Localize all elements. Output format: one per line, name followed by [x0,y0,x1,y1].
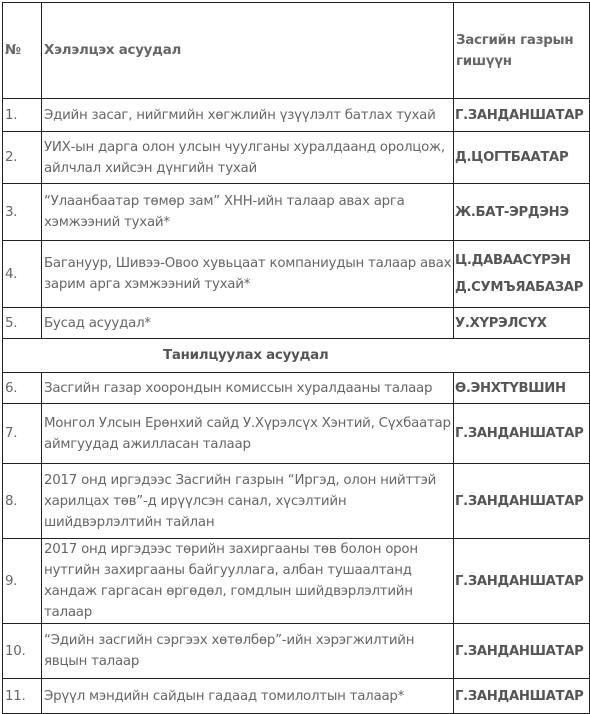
table-row: 10.“Эдийн засгийн сэргээх хөтөлбөр”-ийн … [3,624,590,679]
row-question: 2017 онд иргэдээс Засгийн газрын “Иргэд,… [42,464,454,539]
row-question: “Улаанбаатар төмөр зам” ХНН-ийн талаар а… [42,184,454,241]
member-name: Г.ЗАНДАНШАТАР [455,494,583,509]
table-row: 5.Бусад асуудал*У.ХҮРЭЛСҮХ [3,308,590,339]
member-name: Ө.ЭНХТҮВШИН [455,381,566,396]
row-question: Монгол Улсын Ерөнхий сайд У.Хүрэлсүх Хэн… [42,404,454,464]
row-member: Г.ЗАНДАНШАТАР [454,539,590,624]
row-member: Ц.ДАВААСҮРЭНД.СУМЪЯАБАЗАР [454,241,590,308]
member-name: Г.ЗАНДАНШАТАР [455,108,583,123]
row-number: 9. [3,539,42,624]
member-name: Г.ЗАНДАНШАТАР [455,574,583,589]
table-row: 7.Монгол Улсын Ерөнхий сайд У.Хүрэлсүх Х… [3,404,590,464]
row-question: Бусад асуудал* [42,308,454,339]
table-row: 11.Эрүүл мэндийн сайдын гадаад томилолты… [3,679,590,699]
row-member: Ө.ЭНХТҮВШИН [454,373,590,404]
table-row: 3.“Улаанбаатар төмөр зам” ХНН-ийн талаар… [3,184,590,241]
member-name: Г.ЗАНДАНШАТАР [455,644,583,659]
member-name: Г.ЗАНДАНШАТАР [455,426,583,441]
row-member: Г.ЗАНДАНШАТАР [454,624,590,679]
row-number: 5. [3,308,42,339]
row-number: 8. [3,464,42,539]
member-name: У.ХҮРЭЛСҮХ [455,316,547,331]
member-name: Ж.БАТ-ЭРДЭНЭ [455,205,569,220]
row-member: Ж.БАТ-ЭРДЭНЭ [454,184,590,241]
row-question: Засгийн газар хоорондын комиссын хуралда… [42,373,454,404]
member-name: Д.СУМЪЯАБАЗАР [455,277,589,298]
row-question: Багануур, Шивээ-Овоо хувьцаат компаниуды… [42,241,454,308]
row-question: 2017 онд иргэдээс төрийн захиргааны төв … [42,539,454,624]
table-row: 4.Багануур, Шивээ-Овоо хувьцаат компаниу… [3,241,590,308]
row-member: Г.ЗАНДАНШАТАР [454,404,590,464]
table-row: 1.Эдийн засаг, нийгмийн хөгжлийн үзүүлэл… [3,99,590,132]
section-title: Танилцуулах асуудал [3,339,590,373]
row-question: Эдийн засаг, нийгмийн хөгжлийн үзүүлэлт … [42,99,454,132]
header-question: Хэлэлцэх асуудал [42,3,454,99]
row-number: 10. [3,624,42,679]
row-member: Д.ЦОГТБААТАР [454,132,590,184]
row-number: 7. [3,404,42,464]
row-member: У.ХҮРЭЛСҮХ [454,308,590,339]
row-member: Г.ЗАНДАНШАТАР [454,464,590,539]
row-number: 1. [3,99,42,132]
row-member: Г.ЗАНДАНШАТАР [454,99,590,132]
row-question: “Эдийн засгийн сэргээх хөтөлбөр”-ийн хэр… [42,624,454,679]
member-name: Д.ЦОГТБААТАР [455,150,568,165]
member-name: Ц.ДАВААСҮРЭН [455,250,589,271]
row-number: 2. [3,132,42,184]
table-row: 2.УИХ-ын дарга олон улсын чуулганы хурал… [3,132,590,184]
agenda-table: № Хэлэлцэх асуудал Засгийн газрын гишүүн… [2,2,590,698]
row-number: 3. [3,184,42,241]
row-number: 6. [3,373,42,404]
header-number: № [3,3,42,99]
section-row: Танилцуулах асуудал [3,339,590,373]
row-member: Г.ЗАНДАНШАТАР [454,679,590,699]
row-number: 11. [3,679,42,699]
member-name: Г.ЗАНДАНШАТАР [455,689,583,699]
table-row: 9.2017 онд иргэдээс төрийн захиргааны тө… [3,539,590,624]
row-question: Эрүүл мэндийн сайдын гадаад томилолтын т… [42,679,454,699]
header-member: Засгийн газрын гишүүн [454,3,590,99]
table-row: 6.Засгийн газар хоорондын комиссын хурал… [3,373,590,404]
row-question: УИХ-ын дарга олон улсын чуулганы хуралда… [42,132,454,184]
table-row: 8.2017 онд иргэдээс Засгийн газрын “Иргэ… [3,464,590,539]
row-number: 4. [3,241,42,308]
table-header-row: № Хэлэлцэх асуудал Засгийн газрын гишүүн [3,3,590,99]
